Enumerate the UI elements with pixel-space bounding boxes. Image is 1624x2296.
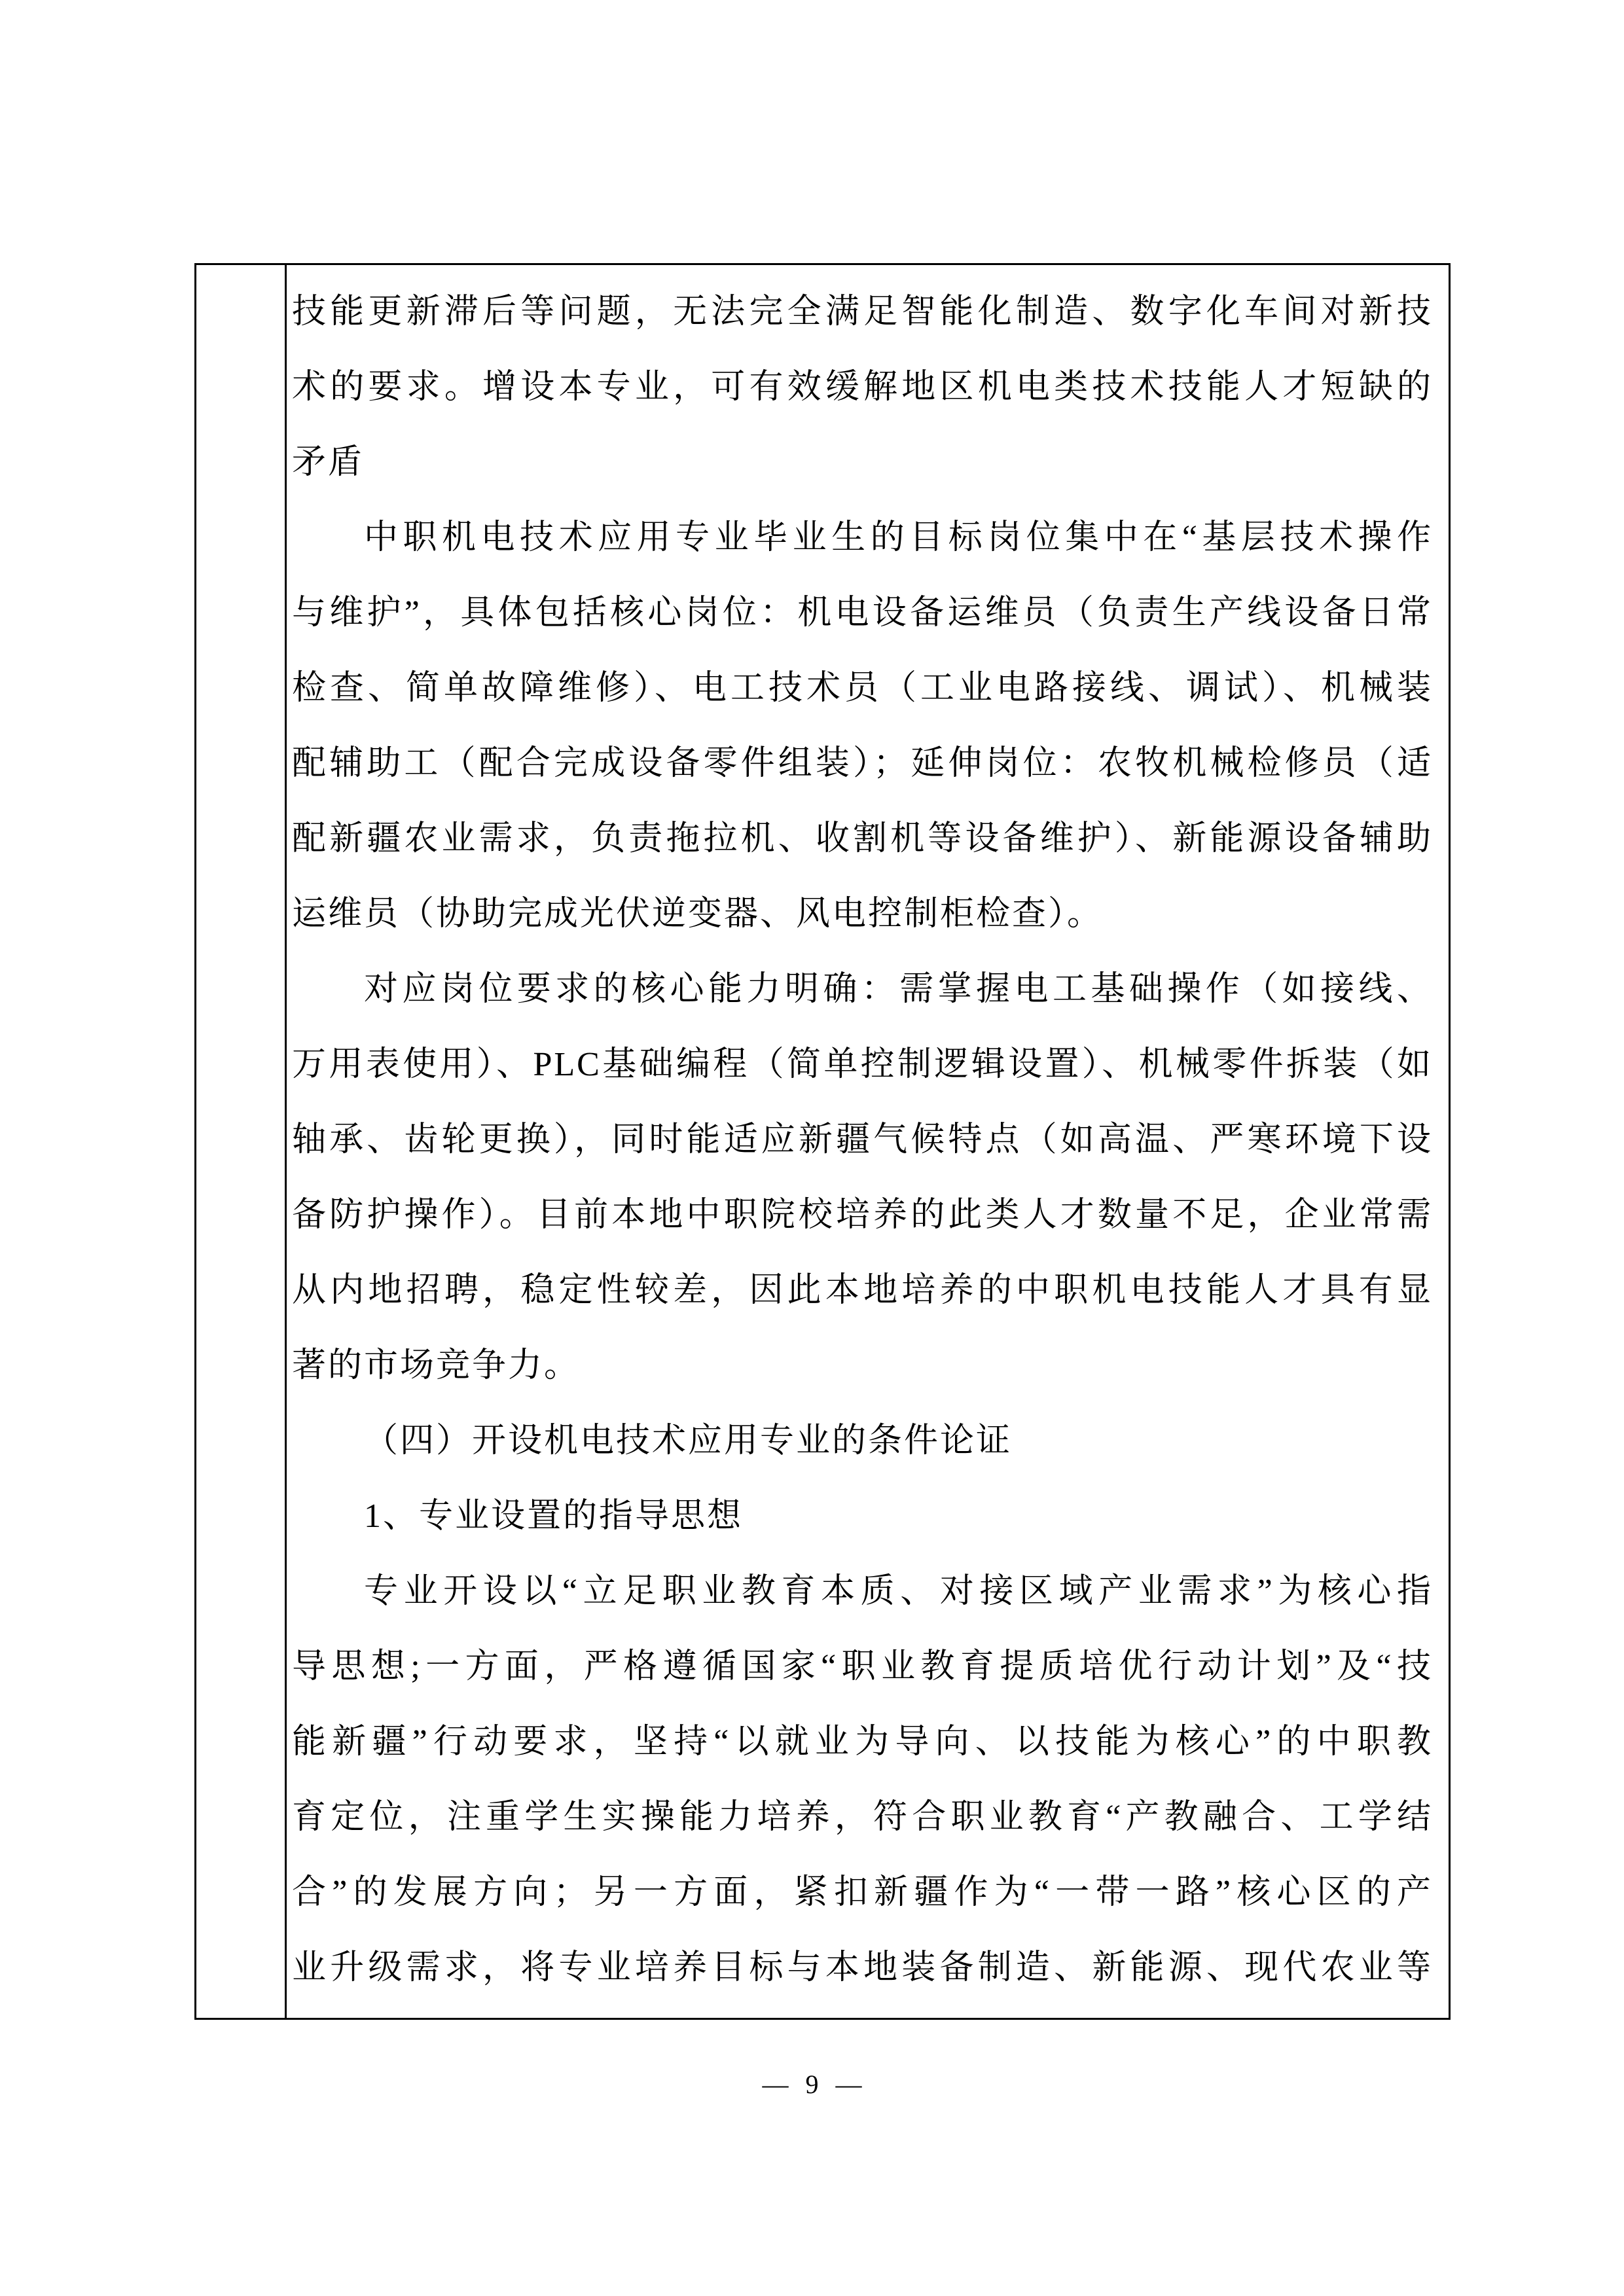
text-line: 对应岗位要求的核心能力明确：需掌握电工基础操作（如接线、	[292, 952, 1433, 1027]
text-line: 轴承、齿轮更换），同时能适应新疆气候特点（如高温、严寒环境下设	[292, 1102, 1433, 1177]
text-line: 著的市场竞争力。	[292, 1328, 1433, 1403]
text-line: 1、专业设置的指导思想	[292, 1479, 1433, 1554]
text-line: 能新疆”行动要求，坚持“以就业为导向、以技能为核心”的中职教	[292, 1704, 1433, 1780]
table-side-cell	[196, 265, 287, 2018]
text-line: 技能更新滞后等问题，无法完全满足智能化制造、数字化车间对新技	[292, 274, 1433, 350]
text-line: 备防护操作）。目前本地中职院校培养的此类人才数量不足，企业常需	[292, 1177, 1433, 1253]
text-line: 检查、简单故障维修）、电工技术员（工业电路接线、调试）、机械装	[292, 651, 1433, 726]
content-table: 技能更新滞后等问题，无法完全满足智能化制造、数字化车间对新技 术的要求。增设本专…	[194, 263, 1451, 2020]
text-line: 运维员（协助完成光伏逆变器、风电控制柜检查）。	[292, 876, 1433, 952]
text-line: 术的要求。增设本专业，可有效缓解地区机电类技术技能人才短缺的	[292, 350, 1433, 425]
text-line: 导思想;一方面，严格遵循国家“职业教育提质培优行动计划”及“技	[292, 1629, 1433, 1704]
text-line: 专业开设以“立足职业教育本质、对接区域产业需求”为核心指	[292, 1554, 1433, 1629]
text-line: 与维护”，具体包括核心岗位：机电设备运维员（负责生产线设备日常	[292, 575, 1433, 651]
text-line: 合”的发展方向；另一方面，紧扣新疆作为“一带一路”核心区的产	[292, 1855, 1433, 1930]
document-page: 技能更新滞后等问题，无法完全满足智能化制造、数字化车间对新技 术的要求。增设本专…	[0, 0, 1624, 2296]
text-line: 从内地招聘，稳定性较差，因此本地培养的中职机电技能人才具有显	[292, 1253, 1433, 1328]
text-line: 业升级需求，将专业培养目标与本地装备制造、新能源、现代农业等	[292, 1930, 1433, 2005]
text-line: （四）开设机电技术应用专业的条件论证	[292, 1403, 1433, 1479]
table-content-cell: 技能更新滞后等问题，无法完全满足智能化制造、数字化车间对新技 术的要求。增设本专…	[287, 265, 1449, 2018]
text-line: 配新疆农业需求，负责拖拉机、收割机等设备维护）、新能源设备辅助	[292, 801, 1433, 876]
text-line: 矛盾	[292, 425, 1433, 500]
text-line: 中职机电技术应用专业毕业生的目标岗位集中在“基层技术操作	[292, 500, 1433, 575]
text-line: 万用表使用）、PLC基础编程（简单控制逻辑设置）、机械零件拆装（如	[292, 1027, 1433, 1102]
text-line: 育定位，注重学生实操能力培养，符合职业教育“产教融合、工学结	[292, 1780, 1433, 1855]
page-number: — 9 —	[0, 2065, 1624, 2104]
text-line: 配辅助工（配合完成设备零件组装）；延伸岗位：农牧机械检修员（适	[292, 726, 1433, 801]
